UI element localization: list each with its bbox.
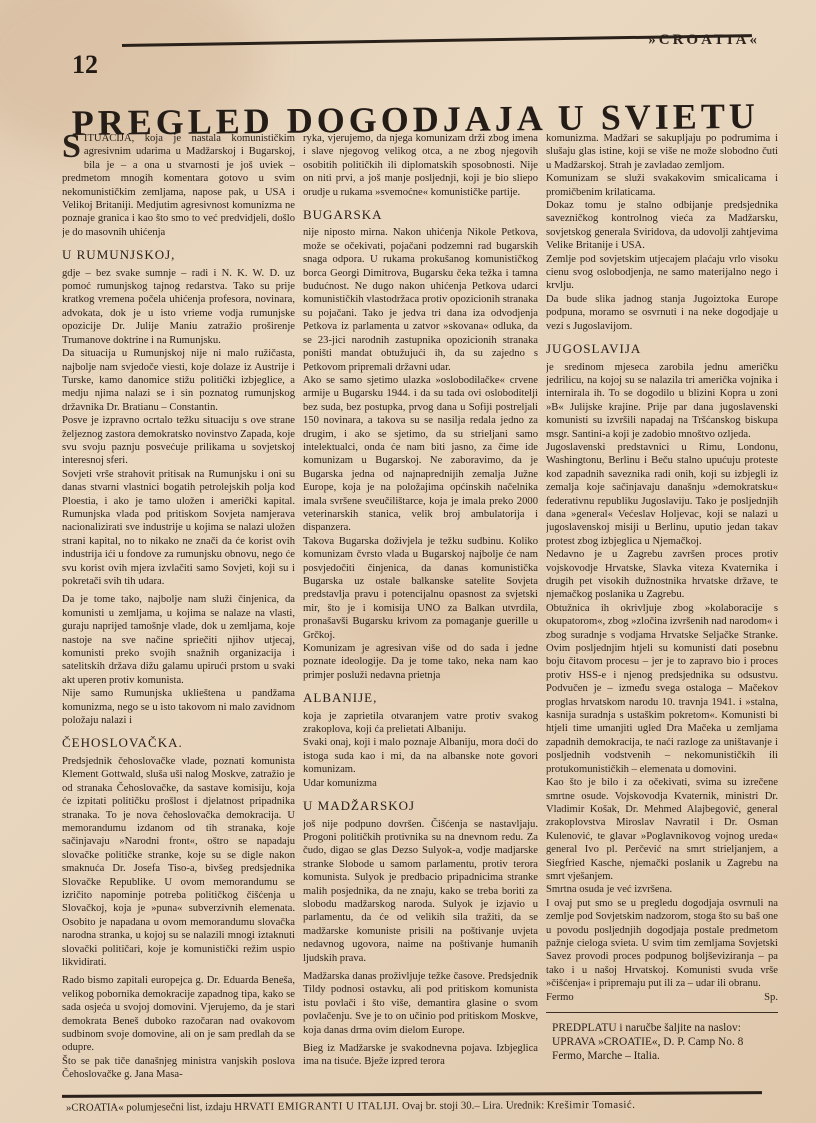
intro-paragraph: SITUACIJA, koja je nastala komunističkim… — [62, 132, 295, 239]
paragraph: Predsjednik čehoslovačke vlade, poznati … — [62, 755, 295, 970]
paragraph: Dokaz tomu je stalno odbijanje predsjedn… — [546, 199, 778, 253]
paragraph: Nije samo Rumunjska uklieštena u pandžam… — [62, 687, 295, 727]
dateline: Fermo — [546, 991, 574, 1004]
paragraph: Takova Bugarska doživjela je težku sudbi… — [303, 535, 538, 642]
paragraph: I ovaj put smo se u pregledu dogodjaja o… — [546, 897, 778, 991]
section-heading-hungary: U MADŽARSKOJ — [303, 799, 538, 812]
page-number: 12 — [72, 50, 98, 80]
column-3: komunizma. Madžari se sakupljaju po podr… — [546, 132, 778, 1087]
paragraph: još nije podpuno dovršen. Čišćenja se na… — [303, 818, 538, 965]
paragraph: komunizma. Madžari se sakupljaju po podr… — [546, 132, 778, 172]
paragraph: Da situacija u Rumunjskoj nije ni malo r… — [62, 347, 295, 414]
paragraph: Bieg iz Madžarske je svakodnevna pojava.… — [303, 1042, 538, 1069]
paragraph: nije niposto mirna. Nakon uhićenja Nikol… — [303, 226, 538, 373]
column-2: ryka, vjerujemo, da njega komunizam drži… — [303, 132, 538, 1087]
column-1: SITUACIJA, koja je nastala komunističkim… — [62, 132, 295, 1087]
paragraph: Rado bismo zapitali europejca g. Dr. Edu… — [62, 974, 295, 1054]
paragraph: Smrtna osuda je već izvršena. — [546, 883, 778, 896]
paragraph: Nedavno je u Zagrebu završen proces prot… — [546, 548, 778, 602]
paragraph: Udar komunizma — [303, 777, 538, 790]
editor-name: Krešimir Tomasić. — [547, 1099, 636, 1111]
paragraph: Što se pak tiče današnjeg ministra vanjs… — [62, 1055, 295, 1082]
article-columns: SITUACIJA, koja je nastala komunističkim… — [62, 132, 762, 1087]
paragraph: Da je tome tako, najbolje nam služi činj… — [62, 593, 295, 687]
paragraph: Ako se samo sjetimo ulazka »oslobodilačk… — [303, 374, 538, 535]
paragraph: Obtužnica ih okrivljuje zbog »kolaboraci… — [546, 602, 778, 776]
section-heading-albania: ALBANIJE, — [303, 691, 538, 704]
divider — [546, 1012, 778, 1013]
paragraph: ryka, vjerujemo, da njega komunizam drži… — [303, 132, 538, 199]
paragraph: Svaki onaj, koji i malo poznaje Albaniju… — [303, 736, 538, 776]
drop-cap: S — [62, 134, 81, 160]
paragraph: Posve je izpravno ocrtalo težku situacij… — [62, 414, 295, 468]
footer-imprint: »CROATIA« polumjesečni list, izdaju HRVA… — [66, 1098, 766, 1114]
paragraph: Komunizam je agresivan više od do sada i… — [303, 642, 538, 682]
paragraph: Kao što je bilo i za očekivati, svima su… — [546, 776, 778, 883]
paragraph: koja je zaprietila otvaranjem vatre prot… — [303, 710, 538, 737]
section-heading-romania: U RUMUNJSKOJ, — [62, 248, 295, 261]
bottom-rule — [62, 1091, 762, 1098]
section-heading-yugoslavia: JUGOSLAVIJA — [546, 342, 778, 355]
subscription-notice: PREDPLATU i naručbe šaljite na naslov: U… — [546, 1021, 778, 1063]
paragraph: Madžarska danas proživljuje težke časove… — [303, 970, 538, 1037]
paragraph: Jugoslavenski predstavnici u Rimu, Londo… — [546, 441, 778, 548]
newspaper-page: »CROATIA« 12 PREGLED DOGODJAJA U SVIETU … — [0, 0, 816, 1123]
section-heading-czechoslovakia: ČEHOSLOVAČKA. — [62, 736, 295, 749]
section-heading-bulgaria: BUGARSKA — [303, 208, 538, 221]
paragraph: gdje – bez svake sumnje – radi i N. K. W… — [62, 267, 295, 347]
paragraph: Zemlje pod sovjetskim utjecajem plaćaju … — [546, 253, 778, 293]
author-signature: Sp. — [764, 991, 778, 1004]
byline: Fermo Sp. — [546, 991, 778, 1004]
paragraph: Komunizam se služi svakakovim smicalicam… — [546, 172, 778, 199]
paragraph: je sredinom mjeseca zarobila jednu ameri… — [546, 361, 778, 441]
paragraph: Da bude slika jadnog stanja Jugoiztoka E… — [546, 293, 778, 333]
paragraph: Sovjeti vrše strahovit pritisak na Rumun… — [62, 468, 295, 589]
